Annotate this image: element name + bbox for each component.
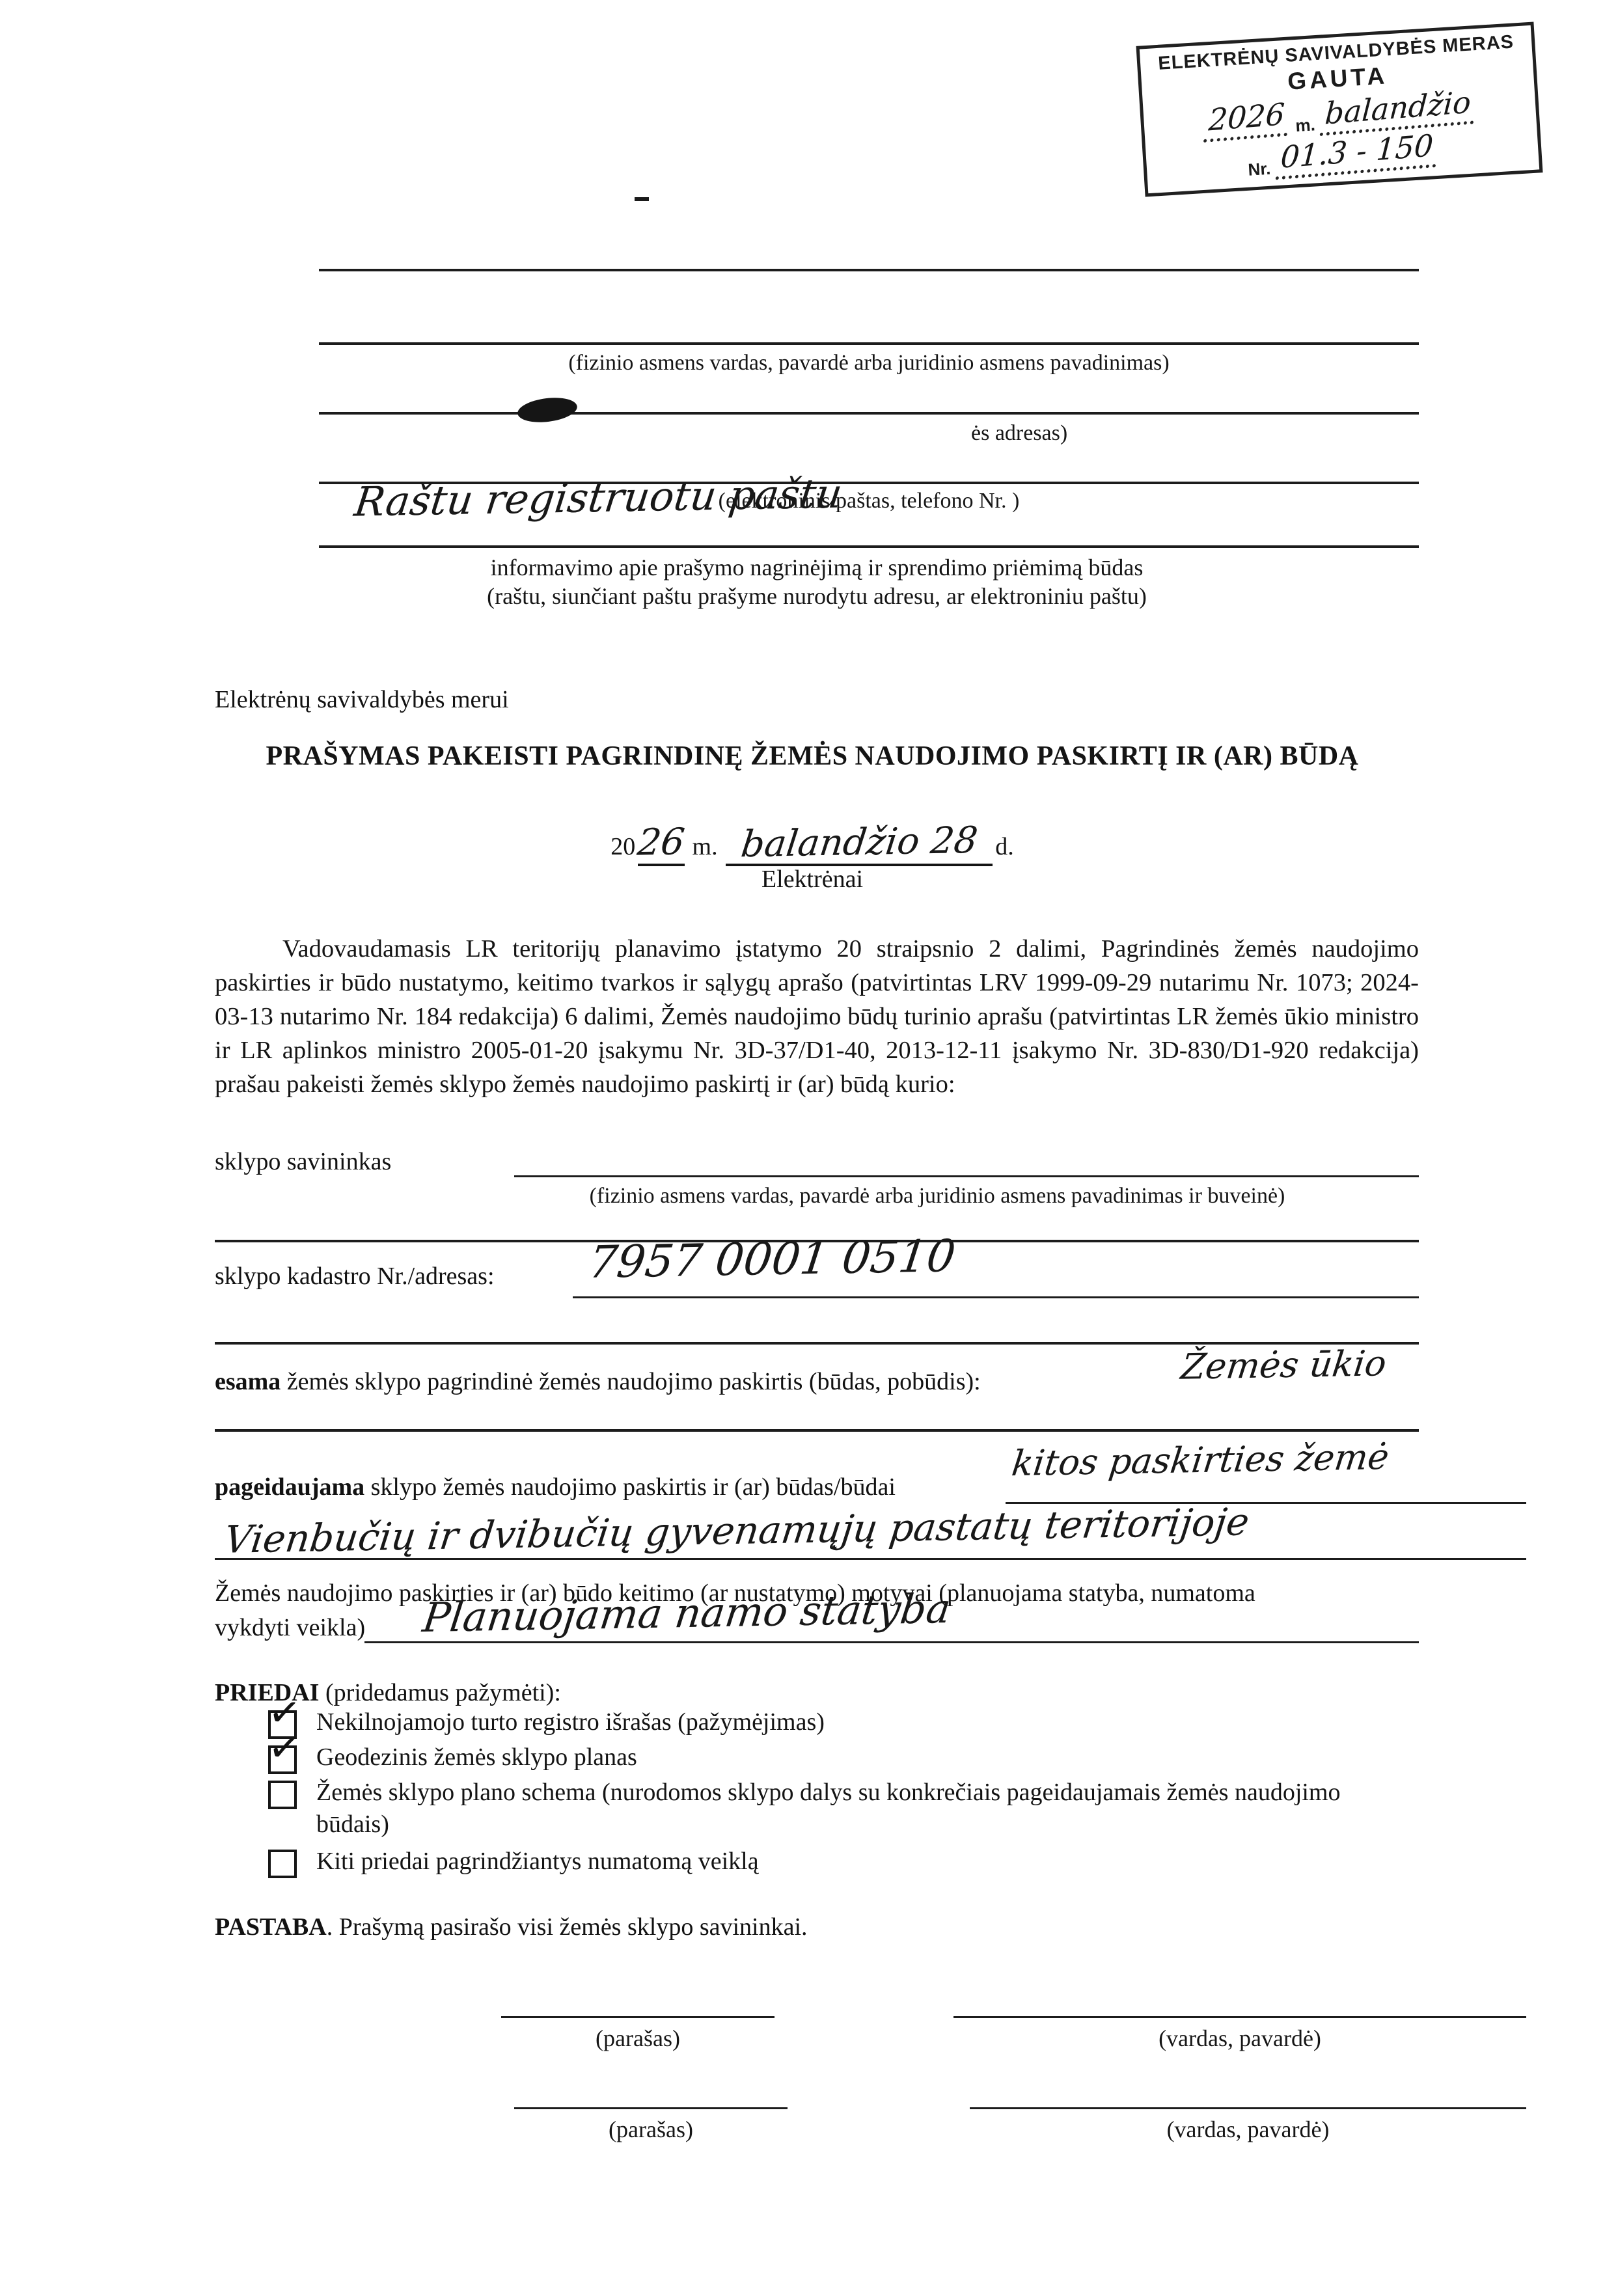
owner-label: sklypo savininkas (215, 1147, 391, 1178)
form-title: PRAŠYMAS PAKEISTI PAGRINDINĘ ŽEMĖS NAUDO… (207, 741, 1418, 772)
handwritten-motyvai-value: Planuojama namo statyba (420, 1585, 953, 1641)
motyvai-label-line2: vykdyti veikla) (215, 1613, 365, 1644)
checkbox-label: Žemės sklypo plano schema (nurodomos skl… (316, 1777, 1397, 1841)
handwritten-esama-value: Žemės ūkio (1179, 1343, 1389, 1387)
addressee: Elektrėnų savivaldybės merui (215, 685, 509, 716)
kadastro-blank-line (573, 1296, 1419, 1298)
date-prefix: 20 (610, 832, 635, 861)
checkbox-label: Nekilnojamojo turto registro išrašas (pa… (316, 1706, 825, 1738)
handwritten-pageidaujama-value-1: kitos paskirties žemė (1009, 1436, 1391, 1484)
checkbox-unchecked[interactable] (268, 1781, 297, 1809)
pastaba-note: PASTABA. Prašymą pasirašo visi žemės skl… (215, 1912, 808, 1943)
stamp-date-year-handwritten: 2026 (1203, 96, 1289, 143)
esama-label-rest: žemės sklypo pagrindinė žemės naudojimo … (281, 1368, 980, 1395)
checkmark-icon: ✓ (266, 1727, 303, 1770)
handwritten-year: 26 (635, 821, 687, 864)
esama-label: esama žemės sklypo pagrindinė žemės naud… (215, 1367, 981, 1398)
scan-artifact-dash (635, 197, 649, 201)
name-line-2 (970, 2107, 1526, 2109)
section-line-3 (215, 1429, 1419, 1432)
owner-blank-line (514, 1175, 1419, 1177)
name-line-1 (953, 2016, 1526, 2018)
priedai-heading: PRIEDAI (pridedamus pažymėti): (215, 1678, 561, 1709)
handwritten-pageidaujama-value-2: Vienbučių ir dvibučių gyvenamųjų pastatų… (222, 1499, 1252, 1562)
signature-caption-vardas: (vardas, pavardė) (970, 2116, 1526, 2143)
signature-line-1 (501, 2016, 775, 2018)
received-stamp: ELEKTRĖNŲ SAVIVALDYBĖS MERAS GAUTA 2026 … (1136, 22, 1543, 197)
header-line-3 (319, 412, 1419, 415)
date-row: 2026 m. balandžio 28 d. (207, 821, 1418, 866)
caption-address-tail: ės adresas) (971, 420, 1067, 446)
signature-line-2 (514, 2107, 788, 2109)
pastaba-bold: PASTABA (215, 1913, 327, 1941)
priedai-item-registro-israsas: ✓ Nekilnojamojo turto registro išrašas (… (268, 1706, 825, 1739)
caption-inform-1: informavimo apie prašymo nagrinėjimą ir … (215, 554, 1419, 581)
section-line-2 (215, 1342, 1419, 1345)
legal-paragraph: Vadovaudamasis LR teritorijų planavimo į… (215, 932, 1419, 1101)
checkbox-label: Kiti priedai pagrindžiantys numatomą vei… (316, 1846, 759, 1878)
header-line-5 (319, 545, 1419, 548)
caption-inform-2: (raštu, siunčiant paštu prašyme nurodytu… (215, 583, 1419, 610)
date-m-label: m. (692, 832, 718, 861)
pageidaujama-label: pageidaujama sklypo žemės naudojimo pask… (215, 1472, 896, 1503)
date-place: Elektrėnai (207, 864, 1418, 895)
priedai-item-geodezinis-planas: ✓ Geodezinis žemės sklypo planas (268, 1742, 637, 1774)
redacted-ink-mark (516, 395, 579, 426)
pageidaujama-label-rest: sklypo žemės naudojimo paskirtis ir (ar)… (364, 1473, 896, 1501)
motyvai-blank-line (364, 1641, 1419, 1643)
scanned-application-form: ELEKTRĖNŲ SAVIVALDYBĖS MERAS GAUTA 2026 … (0, 0, 1618, 2296)
stamp-nr-label: Nr. (1248, 159, 1272, 180)
signature-caption-parasas: (parašas) (514, 2116, 788, 2143)
owner-caption: (fizinio asmens vardas, pavardė arba jur… (456, 1183, 1419, 1209)
handwritten-kadastro-number: 7957 0001 0510 (586, 1231, 958, 1289)
pageidaujama-label-bold: pageidaujama (215, 1473, 364, 1501)
checkbox-checked[interactable]: ✓ (268, 1745, 297, 1774)
caption-name: (fizinio asmens vardas, pavardė arba jur… (319, 350, 1419, 376)
checkbox-unchecked[interactable] (268, 1850, 297, 1878)
stamp-m-label: m. (1295, 115, 1315, 136)
esama-label-bold: esama (215, 1368, 281, 1395)
priedai-item-plano-schema: Žemės sklypo plano schema (nurodomos skl… (268, 1777, 1397, 1841)
date-d-label: d. (995, 832, 1014, 861)
checkbox-label: Geodezinis žemės sklypo planas (316, 1742, 637, 1773)
signature-caption-vardas: (vardas, pavardė) (953, 2025, 1526, 2052)
priedai-item-kiti-priedai: Kiti priedai pagrindžiantys numatomą vei… (268, 1846, 759, 1878)
priedai-heading-rest: (pridedamus pažymėti): (319, 1679, 560, 1706)
header-line-2 (319, 342, 1419, 345)
header-line-1 (319, 269, 1419, 271)
handwritten-month-day: balandžio 28 (739, 819, 980, 866)
signature-caption-parasas: (parašas) (501, 2025, 775, 2052)
pastaba-rest: . Prašymą pasirašo visi žemės sklypo sav… (327, 1913, 808, 1941)
handwritten-contact-method: Raštu registruotu paštu (352, 469, 845, 525)
priedai-heading-bold: PRIEDAI (215, 1679, 319, 1706)
kadastro-label: sklypo kadastro Nr./adresas: (215, 1261, 495, 1292)
